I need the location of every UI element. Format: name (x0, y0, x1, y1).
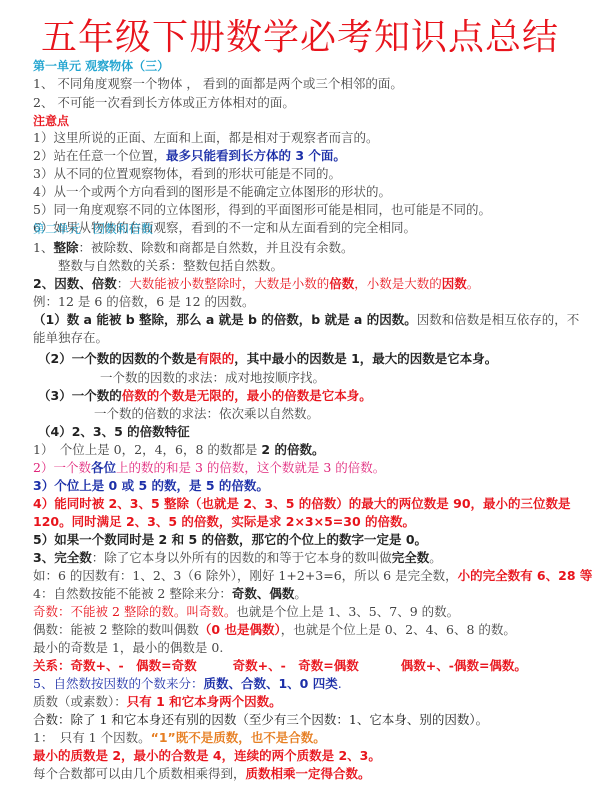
t: 1） 个位上是 0，2，4，6，8 的数都是 (33, 442, 261, 457)
t: ：除了它本身以外所有的因数的和等于它本身的数叫做 (92, 550, 392, 565)
u2-line-8: 一个数的因数的求法：成对地按顺序找。 (100, 370, 325, 386)
u2-line-27: 合数：除了 1 和它本身还有别的因数（至少有三个因数：1、它本身、别的因数）。 (33, 712, 488, 728)
t: 倍数的个数是无限的，最小的倍数是它本身。 (122, 388, 372, 403)
t: 也就是个位上是 1、3、5、7、9 的数。 (236, 604, 459, 619)
t: 因数 (442, 276, 467, 291)
u2-line-30: 每个合数都可以由几个质数相乘得到，质数相乘一定得合数。 (33, 766, 371, 782)
unit2-heading-text: 第二单元 因数和倍数 (33, 222, 153, 236)
t: ，也就是个位上是 0、2、4、6、8 的数。 (281, 622, 516, 637)
t: 奇数：不能被 2 整除的数。叫奇数。 (33, 604, 236, 619)
u2-line-15: 4）能同时被 2、3、5 整除（也就是 2、3、5 的倍数）的最大的两位数是 9… (33, 496, 571, 512)
t: ： (117, 276, 130, 291)
u2-line-7: （2）一个数的因数的个数是有限的，其中最小的因数是 1，最大的因数是它本身。 (38, 351, 497, 367)
t: 整除 (53, 240, 78, 255)
u2-line-10: 一个数的倍数的求法：依次乘以自然数。 (94, 406, 319, 422)
document-page: 五年级下册数学必考知识点总结 第一单元 观察物体（三） 1、 不同角度观察一个物… (0, 0, 600, 800)
t: 因数和倍数是相互依存的，不 (417, 312, 580, 327)
t: 完全数 (392, 550, 430, 565)
note-5: 5）同一角度观察不同的立体图形，得到的平面图形可能是相同，也可能是不同的。 (33, 202, 491, 218)
u2-line-2: 整数与自然数的关系：整数包括自然数。 (58, 258, 283, 274)
u2-line-6: 能单独存在。 (33, 330, 108, 346)
note-2-text: 2）站在任意一个位置， (33, 148, 166, 163)
t: 各位 (91, 460, 116, 475)
t: 质数相乘一定得合数。 (246, 766, 371, 781)
t: （2）一个数的因数的个数是 (38, 351, 197, 366)
note-1: 1）这里所说的正面、左面和上面，都是相对于观察者而言的。 (33, 130, 378, 146)
notes-heading: 注意点 (33, 113, 69, 129)
u2-line-24: 关系：奇数+、- 偶数=奇数奇数+、- 奇数=偶数偶数+、-偶数=偶数。 (33, 658, 527, 674)
u2-line-23: 最小的奇数是 1，最小的偶数是 0. (33, 640, 223, 656)
t: . (338, 676, 342, 691)
t: 2、因数、倍数 (33, 276, 117, 291)
t: 4：自然数按能不能被 2 整除来分： (33, 586, 232, 601)
t: 小的完全数有 6、28 等 (458, 568, 593, 583)
note-3: 3）从不同的位置观察物体，看到的形状可能是不同的。 (33, 166, 341, 182)
u2-line-29: 最小的质数是 2，最小的合数是 4，连续的两个质数是 2、3。 (33, 748, 381, 764)
t: 5、自然数按因数的个数来分： (33, 676, 203, 691)
t: 上的数的和是 3 的倍数，这个数就是 3 的倍数。 (116, 460, 385, 475)
u2-line-26: 质数（或素数）：只有 1 和它本身两个因数。 (33, 694, 282, 710)
u2-line-1: 1、整除：被除数、除数和商都是自然数，并且没有余数。 (33, 240, 353, 256)
t: 2 的倍数。 (261, 442, 324, 457)
unit1-item-2: 2、 不可能一次看到长方体或正方体相对的面。 (33, 95, 295, 111)
u2-line-21: 奇数：不能被 2 整除的数。叫奇数。也就是个位上是 1、3、5、7、9 的数。 (33, 604, 459, 620)
unit1-heading: 第一单元 观察物体（三） (33, 58, 169, 74)
unit2-heading: 第二单元 因数和倍数 (33, 218, 153, 234)
t: 质数、合数、1、0 四类 (203, 676, 337, 691)
u2-line-5: （1）数 a 能被 b 整除，那么 a 就是 b 的倍数，b 就是 a 的因数。… (33, 312, 579, 328)
u2-line-14: 3）个位上是 0 或 5 的数，是 5 的倍数。 (33, 478, 269, 494)
note-2-emphasis: 最多只能看到长方体的 3 个面。 (166, 148, 346, 163)
t: 如：6 的因数有：1、2、3（6 除外），刚好 1+2+3=6，所以 6 是完全… (33, 568, 458, 583)
t: 偶数：能被 2 整除的数叫偶数 (33, 622, 199, 637)
u2-line-18: 3、完全数：除了它本身以外所有的因数的和等于它本身的数叫做完全数。 (33, 550, 442, 566)
t: 有限的 (197, 351, 235, 366)
t: 。 (294, 586, 307, 601)
u2-line-25: 5、自然数按因数的个数来分：质数、合数、1、0 四类. (33, 676, 342, 692)
t: 偶数+、-偶数=偶数。 (401, 658, 527, 673)
t: （0 也是偶数） (199, 622, 281, 637)
t: ：被除数、除数和商都是自然数，并且没有余数。 (78, 240, 353, 255)
t: 1： 只有 1 个因数。 (33, 730, 151, 745)
u2-line-4: 例：12 是 6 的倍数，6 是 12 的因数。 (33, 294, 255, 310)
page-title: 五年级下册数学必考知识点总结 (0, 18, 600, 58)
t: 2）一个数 (33, 460, 91, 475)
u2-line-13: 2）一个数各位上的数的和是 3 的倍数，这个数就是 3 的倍数。 (33, 460, 385, 476)
u2-line-28: 1： 只有 1 个因数。“1”既不是质数，也不是合数。 (33, 730, 326, 746)
u2-line-9: （3）一个数的倍数的个数是无限的，最小的倍数是它本身。 (38, 388, 372, 404)
t: 1、 (33, 240, 53, 255)
u2-line-16: 120。同时满足 2、3、5 的倍数，实际是求 2×3×5=30 的倍数。 (33, 514, 415, 530)
t: 奇数+、- 奇数=偶数 (233, 658, 359, 673)
t: 。 (467, 276, 480, 291)
t: 大数能被小数整除时，大数是小数的 (129, 276, 329, 291)
u2-line-22: 偶数：能被 2 整除的数叫偶数（0 也是偶数），也就是个位上是 0、2、4、6、… (33, 622, 516, 638)
t: 质数（或素数）： (33, 694, 127, 709)
t: 倍数 (329, 276, 354, 291)
t: “1”既不是质数，也不是合数。 (151, 730, 326, 745)
note-4: 4）从一个或两个方向看到的图形是不能确定立体图形的形状的。 (33, 184, 391, 200)
t: 只有 1 和它本身两个因数。 (127, 694, 282, 709)
t: ，小数是大数的 (354, 276, 442, 291)
t: 3、完全数 (33, 550, 92, 565)
t: 每个合数都可以由几个质数相乘得到， (33, 766, 246, 781)
t: （1）数 a 能被 b 整除，那么 a 就是 b 的倍数，b 就是 a 的因数。 (33, 312, 417, 327)
t: 奇数、偶数 (232, 586, 295, 601)
t: ，其中最小的因数是 1，最大的因数是它本身。 (234, 351, 497, 366)
t: （3）一个数的 (38, 388, 122, 403)
u2-line-12: 1） 个位上是 0，2，4，6，8 的数都是 2 的倍数。 (33, 442, 324, 458)
u2-line-3: 2、因数、倍数：大数能被小数整除时，大数是小数的倍数，小数是大数的因数。 (33, 276, 479, 292)
u2-line-17: 5）如果一个数同时是 2 和 5 的倍数，那它的个位上的数字一定是 0。 (33, 532, 427, 548)
u2-line-20: 4：自然数按能不能被 2 整除来分：奇数、偶数。 (33, 586, 307, 602)
unit1-item-1: 1、 不同角度观察一个物体 ， 看到的面都是两个或三个相邻的面。 (33, 76, 403, 92)
u2-line-19: 如：6 的因数有：1、2、3（6 除外），刚好 1+2+3=6，所以 6 是完全… (33, 568, 592, 584)
note-2: 2）站在任意一个位置，最多只能看到长方体的 3 个面。 (33, 148, 346, 164)
u2-line-11: （4）2、3、5 的倍数特征 (38, 424, 190, 440)
t: 关系：奇数+、- 偶数=奇数 (33, 658, 197, 673)
t: 。 (429, 550, 442, 565)
